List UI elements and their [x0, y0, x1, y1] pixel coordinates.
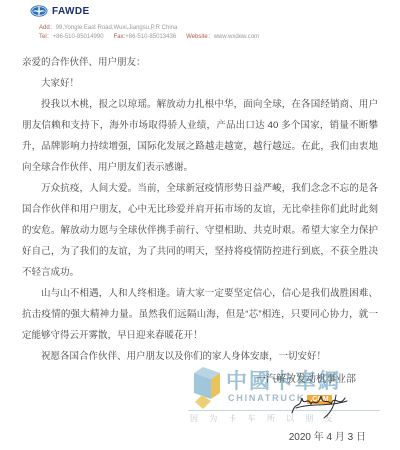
- tel-value: +86-510-85014990: [53, 34, 104, 40]
- letter-date: 2020 年 4 月 3 日: [289, 428, 366, 443]
- paragraph-1: 投我以木桃，报之以琼瑶。解放动力扎根中华，面向全球，在各国经销商、用户朋友信赖和…: [22, 94, 378, 178]
- paragraph-3: 山与山不相遇，人和人终相逢。请大家一定要坚定信心，信心是我们战胜困难、抗击疫情的…: [22, 283, 378, 346]
- paragraph-4: 祝愿各国合作伙伴、用户朋友以及你们的家人身体安康，一切安好！: [22, 346, 378, 367]
- address-value: 99,Yongle East Road,Wuxi,Jiangsu,P.R Chi…: [56, 25, 178, 31]
- letter-body: 亲爱的合作伙伴、用户朋友： 大家好！ 投我以木桃，报之以琼瑶。解放动力扎根中华，…: [22, 52, 378, 367]
- greeting: 大家好！: [22, 73, 378, 94]
- company-header: FAWDE Add：99,Yongle East Road,Wuxi,Jiang…: [30, 5, 259, 42]
- tel-fax-website-line: Tel：+86-510-85014990Fax:+86-510-85013436…: [39, 33, 259, 42]
- paragraph-2: 万众抗疫，人间大爱。当前，全球新冠疫情形势日益严峻，我们念念不忘的是各国合作伙伴…: [22, 178, 378, 283]
- fax-label: Fax:: [114, 34, 126, 40]
- letter-page: FAWDE Add：99,Yongle East Road,Wuxi,Jiang…: [0, 0, 400, 450]
- address-line: Add：99,Yongle East Road,Wuxi,Jiangsu,P.R…: [39, 24, 259, 33]
- tel-label: Tel：: [39, 34, 53, 40]
- contact-block: Add：99,Yongle East Road,Wuxi,Jiangsu,P.R…: [39, 24, 259, 42]
- handwritten-signature-icon: [286, 391, 350, 421]
- faw-wings-logo-icon: [30, 5, 48, 17]
- fax-value: +86-510-85013436: [125, 34, 176, 40]
- website-label: Website：: [186, 34, 214, 40]
- address-label: Add：: [39, 25, 56, 31]
- signature-org: 一汽解放发动机事业部: [256, 370, 356, 385]
- brand-row: FAWDE: [30, 5, 259, 17]
- salutation: 亲爱的合作伙伴、用户朋友：: [22, 52, 378, 73]
- watermark-divider: [188, 410, 380, 411]
- brand-name: FAWDE: [52, 6, 90, 17]
- chinatrucks-cube-logo-icon: [194, 367, 224, 411]
- website-value: www.wxdew.com: [214, 34, 259, 40]
